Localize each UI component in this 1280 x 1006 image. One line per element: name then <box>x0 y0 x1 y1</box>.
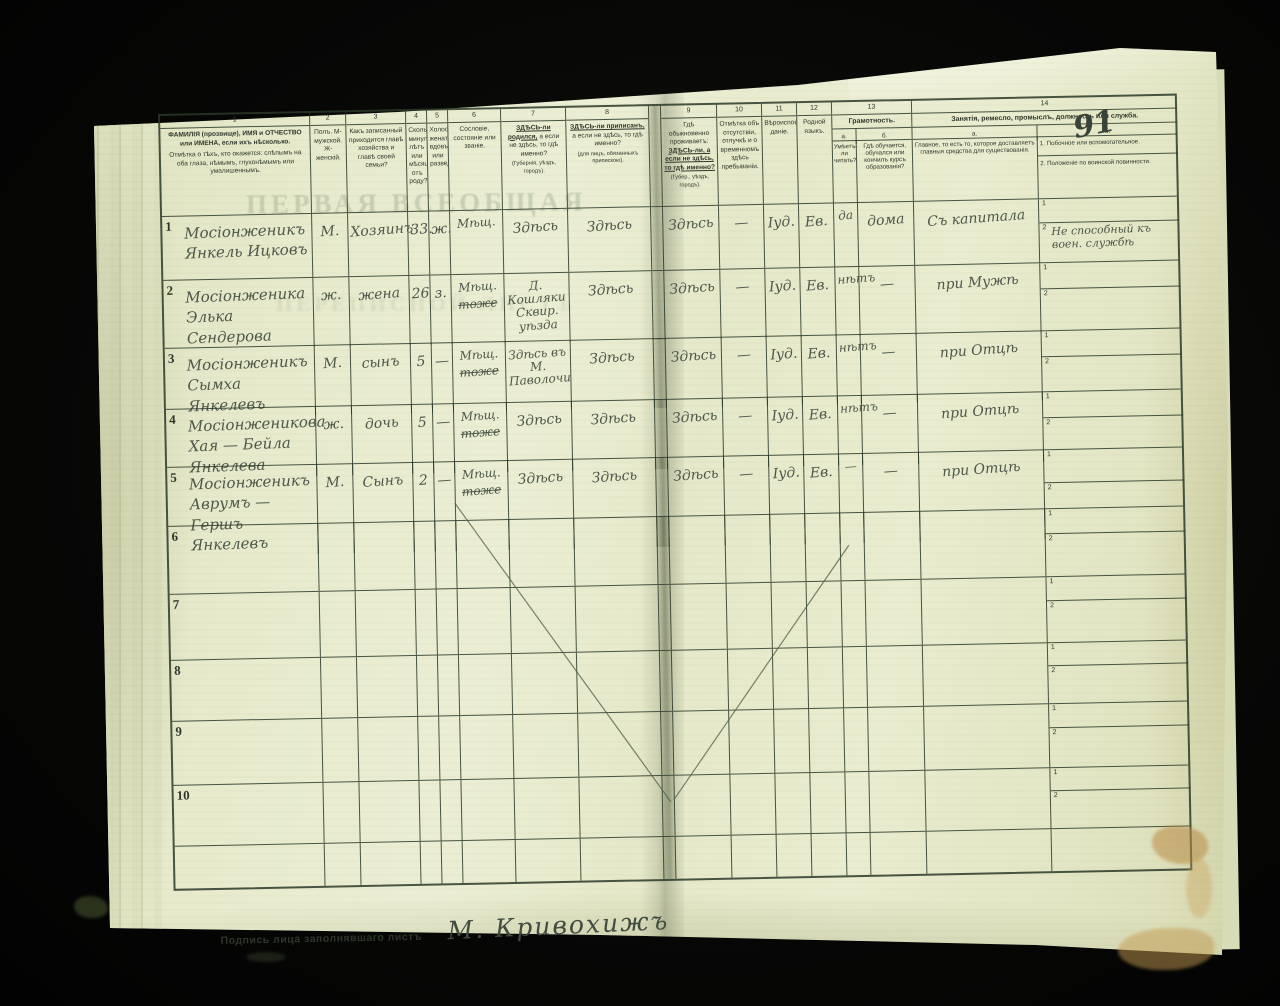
header-occupation-group: 14 Занятія, ремесло, промыслъ, должность… <box>912 96 1179 201</box>
page-stack-left-edge <box>88 100 162 940</box>
row-number: 1 <box>165 219 172 235</box>
military-entry: Не способный къ воен. службѣ <box>1051 221 1176 251</box>
header-birthplace-column: 7 ЗДѢСЬ-ли родился, а если не здѣсь, то … <box>501 108 568 209</box>
header-absence-column: 10 Отмѣтка объ отсутствіи, отлучкѣ и о в… <box>717 104 764 205</box>
reads-entry: да <box>836 209 856 224</box>
sex-entry: М. <box>314 222 346 240</box>
header-literacy-group: 13 Грамотность. а. б. Умѣетъ-ли читать? … <box>832 101 914 203</box>
religion-entry: Іуд. <box>766 213 797 231</box>
stain <box>74 896 108 918</box>
header-religion-column: 11 Вѣроисповѣ-даніе. <box>762 103 799 204</box>
census-form: 1 ФАМИЛІЯ (прозвище), ИМЯ и ОТЧЕСТВО или… <box>158 94 1194 948</box>
header-name-column: 1 ФАМИЛІЯ (прозвище), ИМЯ и ОТЧЕСТВО или… <box>160 113 312 216</box>
age-entry: 33. <box>410 221 427 238</box>
census-table: 1 ФАМИЛІЯ (прозвище), ИМЯ и ОТЧЕСТВО или… <box>158 94 1192 891</box>
relation-entry: Хозяинъ <box>350 221 406 241</box>
signature-handwriting: М. Кривохижъ <box>447 906 670 945</box>
estate-entry: Мѣщ. <box>452 215 501 232</box>
header-registration-column: 8 ЗДѢСЬ-ли приписанъ, а если не здѣсь, т… <box>566 106 651 208</box>
header-relation-column: 3 Какъ записанный приходится главѣ хозяй… <box>346 111 408 212</box>
occupation-entry: Съ капитала <box>916 206 1037 231</box>
birthplace-entry: Здѣсь <box>505 217 566 237</box>
header-age-column: 4 Сколько минуло лѣтъ или мѣсяцевъ отъ р… <box>406 111 429 211</box>
name-entry: Мосіонженика Элька Сендерова <box>185 283 312 348</box>
marital-entry: ж. <box>431 221 448 238</box>
residence-entry: Здѣсь <box>665 215 717 235</box>
header-marital-column: 5 Холостъ, женатъ, вдовъ или разведенъ? <box>427 110 450 210</box>
header-sex-column: 2 Полъ. М-мужской. Ж-женскій. <box>310 112 348 213</box>
name-entry: Мосіонженикъ Янкель Ицковъ <box>184 219 310 264</box>
absence-entry: — <box>721 214 762 233</box>
education-entry: дома <box>860 211 912 231</box>
registration-entry: Здѣсь <box>570 215 649 237</box>
header-residence-column: 9 Гдѣ обыкновенно проживаетъ: ЗДѢСЬ-ли, … <box>661 105 719 206</box>
header-estate-column: 6 Сословіе, состояніе или званіе. <box>448 109 503 210</box>
header-language-column: 12 Родной языкъ. <box>797 102 834 203</box>
signature-label: Подпись лица заполнявшаго листъ <box>220 931 422 947</box>
stain <box>246 952 286 962</box>
header-name-text: ФАМИЛІЯ (прозвище), ИМЯ и ОТЧЕСТВО или И… <box>162 129 307 149</box>
header-name-note: Отмѣтка о тѣхъ, кто окажется: слѣпымъ на… <box>163 149 308 178</box>
language-entry: Ев. <box>801 213 832 231</box>
scanned-census-page: ПЕРВАЯ ВСЕОБЩАЯ ПЕРЕПИСНОЙ ЛИСТЪ 1 ФАМИЛ… <box>0 0 1280 1006</box>
